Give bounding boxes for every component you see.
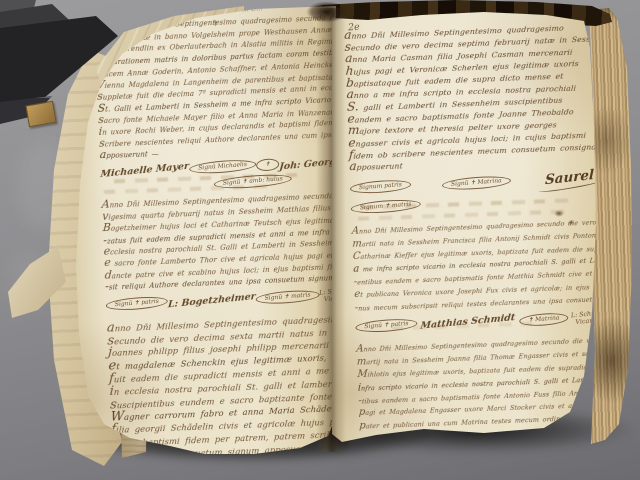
signature-ellipse: Signũ Michaelis (189, 159, 257, 176)
signature-ellipse: Signũ ✝ amb: huius (214, 173, 293, 191)
signature-ellipse: Signũ ✝ patris (105, 296, 168, 313)
spacer (420, 202, 510, 205)
cover-clasp-remnant (25, 101, 56, 128)
register-entry: Anno Dñi Millesimo Septingentesimo quadr… (352, 216, 606, 334)
left-page-header-note: in Bill (242, 4, 263, 13)
signature-ellipse: ✝ (255, 158, 279, 172)
signature-grand: Saurel (543, 166, 600, 192)
signature-ellipse: Signũ ✝ matris (255, 289, 320, 306)
signature-ellipse: Signum patris (350, 179, 412, 195)
register-entry: anno Dñi Millesimo Septingentesimo quadr… (344, 20, 601, 213)
signature-script: Michaelle Mayer (100, 161, 189, 180)
left-page: in Bill ✝ Anno Dñi Millesimo Septingente… (74, 4, 336, 456)
right-page-entries: anno Dñi Millesimo Septingentesimo quadr… (344, 20, 611, 473)
signature-ellipse: ✝ Matrina (518, 312, 568, 328)
spacer (511, 198, 601, 201)
gutter-top-stain (306, 2, 352, 24)
signature-script: Matthias Schmidt (420, 313, 516, 333)
signature-ellipse: Signum ✝ matris (350, 198, 420, 215)
photo-of-open-manuscript-register: in Bill ✝ Anno Dñi Millesimo Septingente… (0, 0, 640, 480)
right-page: 2e anno Dñi Millesimo Septingentesimo qu… (332, 6, 604, 446)
spacer (158, 184, 215, 186)
spacer (101, 186, 158, 188)
signature-ellipse: Signũ ✝ patris (355, 317, 418, 334)
signature-ellipse: Signũ ✝ Matrina (442, 175, 512, 192)
gutter-shadow (316, 8, 346, 452)
signature-script: L: Bogetzheimer (168, 291, 257, 310)
